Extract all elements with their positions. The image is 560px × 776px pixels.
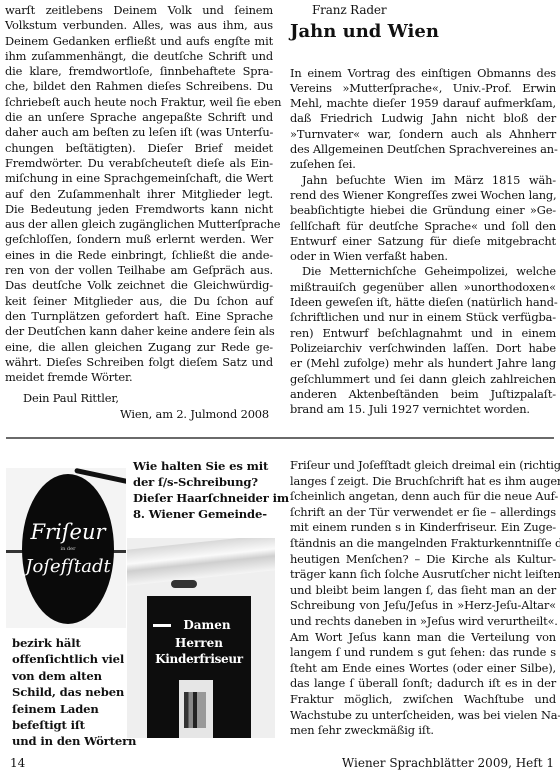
text-line: brand am 15. Juli 1927 vernichtet worden… [290,402,556,417]
text-line: Deinem Gedanken erfließt und aufs engſte… [5,34,273,49]
text-line: beabſichtigte hiebei die Gründung einer … [290,203,556,218]
text-line: anderen Aktenbeſtänden beim Juſtizpalaſt… [290,387,556,402]
sign-text-josefstadt: Joſefſtadt [22,556,114,577]
text-line: ihm zuſammenhängt, die deutſche Schrift … [5,49,273,64]
text-line: Fremdwörter. Du verabſcheuteſt dieſe als… [5,156,273,171]
text-line: ren) Entwurf beſchlagnahmt und in einem [290,326,556,341]
text-line: heutigen Menſchen? – Die Kirche als Kult… [290,552,556,568]
text-line: des Allgemeinen Deutſchen Sprachvereines… [290,142,556,157]
article-title: Jahn und Wien [290,24,556,39]
sign-disc: Friſeur in der Joſefſtadt [22,474,114,624]
caption-line: ſeinem Laden [12,701,132,717]
text-line: warſt zeitlebens Deinem Volk und ſeinem [5,3,273,18]
text-line: träger kann ſich ſolche Ausrutſcher nich… [290,567,556,583]
text-line: In einem Vortrag des einſtigen Obmanns d… [290,66,556,81]
article-paragraph: In einem Vortrag des einſtigen Obmanns d… [290,66,556,173]
text-line: rend des Wiener Kongreſſes zwei Wochen l… [290,188,556,203]
text-line: den Turnplätzen gefordert haſt. Eine Spr… [5,309,273,324]
text-line: ſcheinlich angetan, denn auch für die ne… [290,489,556,505]
text-line: Das deutſche Volk zeichnet die Gleichwür… [5,278,273,293]
letter-column: warſt zeitlebens Deinem Volk und ſeinem … [5,3,273,422]
text-line: ren von der vollen Teilhabe am Geſpräch … [5,263,273,278]
text-line: und rechts daneben in »Jeſus wird verurt… [290,614,556,630]
text-line: Die Bedeutung jeden Fremdworts kann nich… [5,202,273,217]
text-line: Schreibung von Jeſu/Jeſus in »Herz-Jeſu-… [290,598,556,614]
door-text-kinderfriseur: Kinderfriseur [147,652,251,666]
text-line: Ideen geweſen iſt, hätte dieſen (natürli… [290,295,556,310]
article-paragraph: Jahn beſuchte Wien im März 1815 wäh- ren… [290,173,556,265]
door-poster [179,680,213,738]
caption-line: von dem alten [12,668,132,684]
text-line: ſchriebeſt auch heute noch Fraktur, weil… [5,95,273,110]
sign-text-small: in der [22,546,114,552]
caption-line: Schild, das neben [12,684,132,700]
text-line: Jahn beſuchte Wien im März 1815 wäh- [290,173,556,188]
caption-line: Dieſer Haarſchneider im [133,490,283,506]
text-line: daß Friedrich Ludwig Jahn nicht bloß der [290,111,556,126]
text-line: Die Metternichſche Geheimpolizei, welche [290,264,556,279]
publication-footer: Wiener Sprachblätter 2009, Heft 1 [342,756,554,770]
text-line: che, bildet den Rahmen dieſes Schreibens… [5,79,273,94]
text-line: ſchriftlichen und nur in einem Stück ver… [290,310,556,325]
text-line: »Turnvater« war, ſondern auch als Ahnher… [290,127,556,142]
text-line: eine, die allen gleichen Zugang zur Rede… [5,340,273,355]
text-line: Friſeur und Joſefſtadt gleich dreimal ei… [290,458,556,474]
text-line: ſellſchaft für deutſche Sprache« und ſol… [290,219,556,234]
text-line: langes ſ zeigt. Die Bruchſchrift hat es … [290,474,556,490]
text-line: Entwurf einer Satzung für dieſe mitgebra… [290,234,556,249]
photo-caption-top: Wie halten Sie es mit der ſ/s-Schreibung… [133,458,283,522]
text-line: Polizeiarchiv verſchwinden laſſen. Dort … [290,341,556,356]
photo-caption-bottom: bezirk hält offenſichtlich viel von dem … [12,635,132,750]
text-line: ſteht am Ende eines Wortes (oder einer S… [290,661,556,677]
page-number: 14 [10,756,25,770]
text-line: keit ſeiner Mitglieder aus, die Du ſchon… [5,294,273,309]
text-line: daher auch am beſten zu leſen iſt (was U… [5,125,273,140]
sign-text-friseur: Friſeur [22,520,114,544]
door-text-herren: Herren [147,636,251,650]
text-line: und bleibt beim langen ſ, das ſieht man … [290,583,556,599]
text-line: Am Wort Jeſus kann man die Verteilung vo… [290,630,556,646]
text-line: langem ſ und rundem s gut ſehen: das run… [290,645,556,661]
text-line: men ſehr zweckmäßig iſt. [290,723,556,739]
door-plaque [171,580,197,588]
photo-shop-door: Damen Herren Kinderfriseur [127,538,275,738]
text-line: mißtrauiſch gegenüber allen »unorthodoxe… [290,280,556,295]
text-line: er (Mehl zufolge) mehr als hundert Jahre… [290,356,556,371]
text-line: oder in Wien verfaßt haben. [290,249,556,264]
text-line: die an unſere Sprache angepaßte Schrift … [5,110,273,125]
poster-image [184,692,206,728]
caption-line: 8. Wiener Gemeinde- [133,506,283,522]
caption-line: Wie halten Sie es mit [133,458,283,474]
caption-continuation: Friſeur und Joſefſtadt gleich dreimal ei… [290,458,556,739]
article-column: Franz Rader Jahn und Wien In einem Vortr… [290,3,556,417]
section-divider [6,437,554,439]
text-line: Volkstum verbunden. Alles, was aus ihm, … [5,18,273,33]
text-line: geſchloſſen, ſondern muß erlernt werden.… [5,232,273,247]
text-line: der Deutſchen kann daher keine andere ſe… [5,324,273,339]
door-text-damen: Damen [147,618,251,632]
caption-line: offenſichtlich viel [12,651,132,667]
caption-line: befeſtigt iſt [12,717,132,733]
text-line: Fraktur möglich, zwiſchen Wachſtube und [290,692,556,708]
text-line: das lange ſ überall ſonſt; dadurch iſt e… [290,676,556,692]
caption-line: der ſ/s-Schreibung? [133,474,283,490]
text-line: geſchlummert und ſei dann gleich zahlrei… [290,372,556,387]
article-paragraph: Die Metternichſche Geheimpolizei, welche… [290,264,556,417]
text-line: Vereins »Mutterſprache«, Univ.-Prof. Erw… [290,81,556,96]
text-line: ſtändnis an die mangelnden Frakturkenntn… [290,536,556,552]
text-line: eines in die Rede einbringt, ſchließt di… [5,248,273,263]
letter-body: warſt zeitlebens Deinem Volk und ſeinem … [5,3,273,385]
text-line: chungen beſtätigten). Dieſer Brief meide… [5,141,273,156]
text-line: zuſehen ſei. [290,157,556,172]
photo-friseur-sign: Friſeur in der Joſefſtadt [6,468,126,628]
letter-signature: Dein Paul Rittler, [5,391,273,406]
text-line: meidet fremde Wörter. [5,370,273,385]
text-line: währt. Dieſes Schreiben folgt dieſem Sat… [5,355,273,370]
text-line: ſchrift an der Tür verwendet er ſie – al… [290,505,556,521]
text-line: aus der allen gleich zugänglichen Mutter… [5,217,273,232]
text-line: miſchung in eine Sprachgemeinſchaft, die… [5,171,273,186]
text-line: auf den Zuſammenhalt ihrer Mitglieder le… [5,187,273,202]
text-line: Wachstube zu unterſcheiden, was bei viel… [290,708,556,724]
text-line: Mehl, machte dieſer 1959 darauf aufmerkſ… [290,96,556,111]
door-panel: Damen Herren Kinderfriseur [147,596,251,738]
letter-date: Wien, am 2. Julmond 2008 [5,407,273,422]
caption-line: und in den Wörtern [12,733,132,749]
caption-line: bezirk hält [12,635,132,651]
door-lintel [127,538,275,586]
article-author: Franz Rader [290,3,556,18]
text-line: mit einem runden s in Kinderfriseur. Ein… [290,520,556,536]
text-line: die klare, fremdwortloſe, ſinnbehaftete … [5,64,273,79]
